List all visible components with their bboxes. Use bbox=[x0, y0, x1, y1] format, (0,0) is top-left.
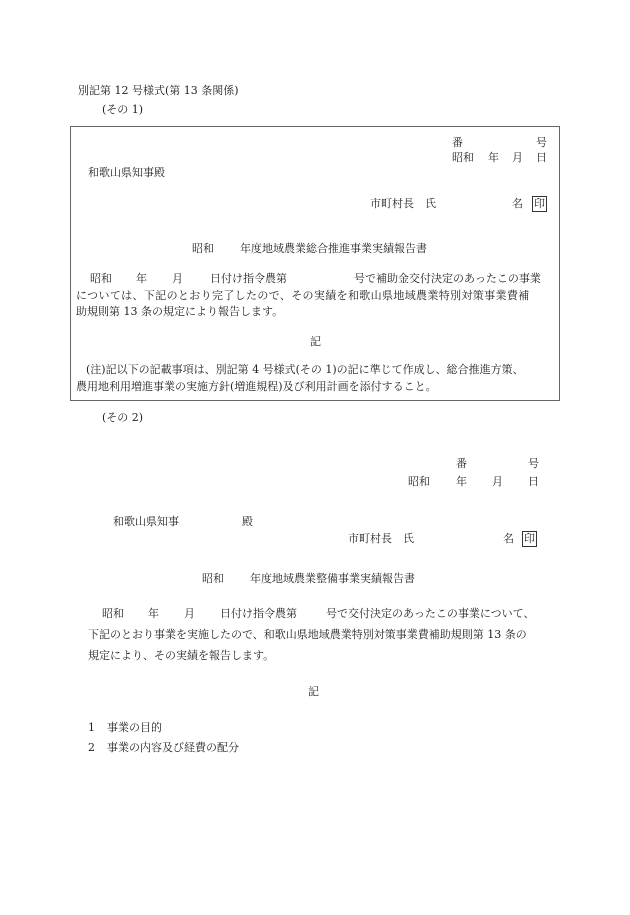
part2-body-line3: 規定により、その実績を報告します。 bbox=[88, 650, 274, 661]
part2-doc-title-era: 昭和 bbox=[202, 573, 224, 584]
part1-addressee: 和歌山県知事殿 bbox=[88, 167, 165, 178]
item-text: 事業の内容及び経費の配分 bbox=[107, 741, 239, 754]
part2-label: (その 2) bbox=[102, 412, 143, 423]
part1-body-mid: 日付け指令農第 bbox=[210, 273, 287, 284]
part2-date-year: 年 bbox=[456, 476, 467, 487]
part1-date-year: 年 bbox=[488, 152, 499, 163]
part1-doc-title-era: 昭和 bbox=[192, 243, 214, 254]
part1-seal: 印 bbox=[532, 196, 547, 212]
part1-body-line2: については、下記のとおり完了したので、その実績を和歌山県地域農業特別対策事業費補 bbox=[76, 290, 530, 301]
seal-stamp-mark: 印 bbox=[532, 196, 547, 212]
part2-body-end: 号で交付決定のあったこの事業について、 bbox=[326, 608, 534, 619]
part2-date-month: 月 bbox=[492, 476, 503, 487]
part1-number-suffix: 号 bbox=[536, 137, 547, 148]
form-title: 別記第 12 号様式(第 13 条関係) bbox=[78, 85, 239, 96]
part2-body-era: 昭和 bbox=[102, 608, 124, 619]
part2-ki: 記 bbox=[308, 686, 319, 697]
part2-date-era: 昭和 bbox=[408, 476, 430, 487]
part2-sender-name: 名 bbox=[503, 533, 514, 544]
part1-body-month: 月 bbox=[172, 273, 183, 284]
part1-body-line3: 助規則第 13 条の規定により報告します。 bbox=[76, 306, 283, 317]
item-number: 1 bbox=[88, 721, 95, 734]
part2-seal: 印 bbox=[522, 531, 537, 547]
part2-date-day: 日 bbox=[528, 476, 539, 487]
item-text: 事業の目的 bbox=[107, 721, 162, 734]
part2-body-month: 月 bbox=[184, 608, 195, 619]
item-number: 2 bbox=[88, 741, 95, 754]
part2-doc-title: 年度地域農業整備事業実績報告書 bbox=[250, 573, 415, 584]
part1-sender-title: 市町村長 氏 bbox=[370, 198, 436, 209]
part1-date-era: 昭和 bbox=[452, 152, 474, 163]
part1-label: (その 1) bbox=[102, 104, 143, 115]
part1-body-end: 号で補助金交付決定のあったこの事業 bbox=[354, 273, 541, 284]
part2-item-2: 2事業の内容及び経費の配分 bbox=[88, 742, 239, 753]
part1-body-year: 年 bbox=[136, 273, 147, 284]
part1-note-line1: (注)記以下の記載事項は、別記第 4 号様式(その 1)の記に準じて作成し、総合… bbox=[86, 364, 524, 375]
seal-stamp-mark: 印 bbox=[522, 531, 537, 547]
part2-number-label: 番 bbox=[456, 458, 467, 469]
part1-date-day: 日 bbox=[536, 152, 547, 163]
part1-ki: 記 bbox=[310, 336, 321, 347]
part1-number-label: 番 bbox=[452, 137, 463, 148]
part2-body-line2: 下記のとおり事業を実施したので、和歌山県地域農業特別対策事業費補助規則第 13 … bbox=[88, 629, 527, 640]
part2-addressee: 和歌山県知事 bbox=[113, 516, 179, 527]
part2-body-mid: 日付け指令農第 bbox=[220, 608, 297, 619]
part2-item-1: 1事業の目的 bbox=[88, 722, 162, 733]
part2-sender-title: 市町村長 氏 bbox=[348, 533, 414, 544]
part1-date-month: 月 bbox=[512, 152, 523, 163]
part1-note-line2: 農用地利用増進事業の実施方針(増進規程)及び利用計画を添付すること。 bbox=[76, 381, 437, 392]
part1-body-era: 昭和 bbox=[90, 273, 112, 284]
part2-addressee-suffix: 殿 bbox=[242, 516, 253, 527]
part1-sender-name: 名 bbox=[512, 198, 523, 209]
part2-body-year: 年 bbox=[148, 608, 159, 619]
part1-doc-title: 年度地域農業総合推進事業実績報告書 bbox=[240, 243, 427, 254]
part2-number-suffix: 号 bbox=[528, 458, 539, 469]
